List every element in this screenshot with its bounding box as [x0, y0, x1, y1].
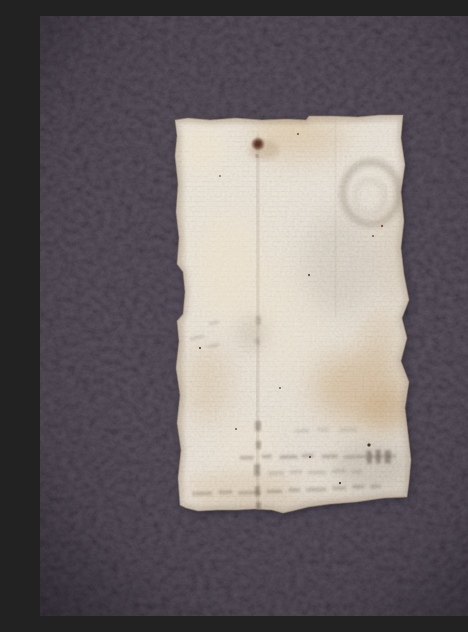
photo-canvas	[40, 16, 468, 616]
paper-fragment	[160, 101, 425, 526]
photograph: Photograph of a blank, creased and stain…	[40, 16, 468, 616]
paper-grain	[160, 101, 425, 526]
paper-surface-detail	[160, 101, 425, 526]
